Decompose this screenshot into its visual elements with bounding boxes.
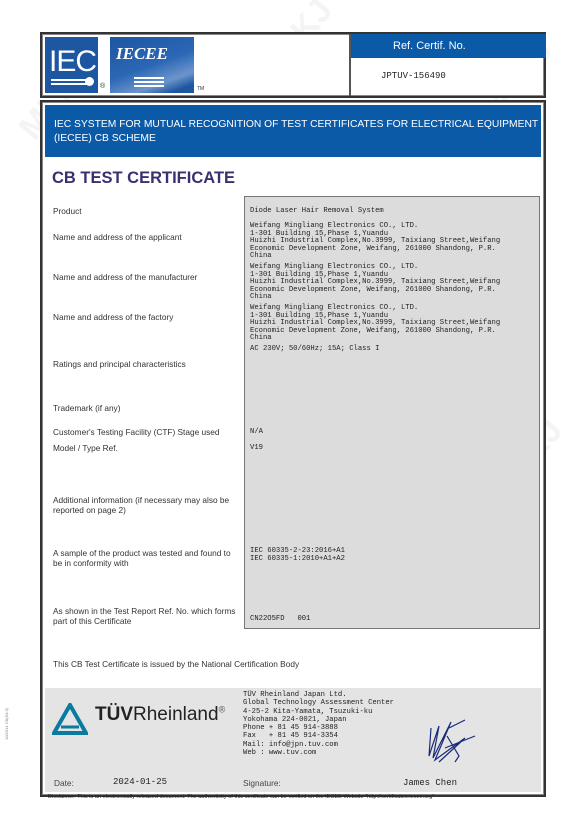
tuv-brand-bold: TÜV — [95, 704, 133, 725]
tuv-rheinland-logo: TÜVRheinland® — [95, 704, 225, 726]
value-product: Diode Laser Hair Removal System — [250, 208, 384, 216]
value-test-report: CN22O5FD 001 — [250, 616, 310, 624]
value-factory: Weifang Mingliang Electronics CO., LTD. … — [250, 305, 500, 343]
iec-logo-text: IEC — [49, 45, 96, 79]
iecee-logo: IECEE — [110, 37, 194, 93]
label-ratings: Ratings and principal characteristics — [53, 359, 186, 369]
iec-logo: IEC — [45, 37, 98, 93]
label-ctf-stage: Customer's Testing Facility (CTF) Stage … — [53, 427, 220, 437]
label-product: Product — [53, 206, 82, 216]
certification-body-address: TÜV Rheinland Japan Ltd. Global Technolo… — [243, 691, 394, 757]
registered-mark: ® — [100, 83, 105, 90]
certificate-header: IEC ® IECEE TM Ref. Certif. No. JPTUV-15… — [40, 32, 546, 98]
scheme-banner: IEC SYSTEM FOR MUTUAL RECOGNITION OF TES… — [45, 105, 541, 157]
label-manufacturer: Name and address of the manufacturer — [53, 272, 197, 282]
label-model: Model / Type Ref. — [53, 443, 118, 453]
trademark-mark: TM — [197, 86, 204, 92]
ref-certificate-box: Ref. Certif. No. JPTUV-156490 — [349, 34, 546, 96]
issued-by-statement: This CB Test Certificate is issued by th… — [53, 659, 299, 669]
label-test-report: As shown in the Test Report Ref. No. whi… — [53, 606, 243, 626]
form-code: 10/2014 CB(Ed.3) — [4, 708, 9, 740]
label-applicant: Name and address of the applicant — [53, 232, 182, 242]
disclaimer: Disclaimer: This is an electronically re… — [48, 794, 434, 800]
value-model: V19 — [250, 445, 263, 453]
value-ctf-stage: N/A — [250, 429, 263, 437]
certification-body-footer: TÜVRheinland® TÜV Rheinland Japan Ltd. G… — [45, 688, 541, 792]
ref-certificate-number: JPTUV-156490 — [351, 58, 546, 81]
value-applicant: Weifang Mingliang Electronics CO., LTD. … — [250, 223, 500, 261]
tuv-triangle-icon — [52, 703, 88, 735]
date-label: Date: — [54, 778, 74, 788]
value-ratings: AC 230V; 50/60Hz; 15A; Class I — [250, 346, 379, 354]
tuv-brand-rest: Rheinland — [133, 704, 219, 725]
iecee-logo-text: IECEE — [116, 44, 168, 64]
signatory-name: James Chen — [403, 778, 457, 788]
page-title: CB TEST CERTIFICATE — [52, 169, 235, 188]
value-manufacturer: Weifang Mingliang Electronics CO., LTD. … — [250, 264, 500, 302]
label-conformity: A sample of the product was tested and f… — [53, 548, 233, 568]
certificate-body: IEC SYSTEM FOR MUTUAL RECOGNITION OF TES… — [40, 100, 546, 797]
label-factory: Name and address of the factory — [53, 312, 173, 322]
value-conformity: IEC 60335-2-23:2016+A1 IEC 60335-1:2010+… — [250, 548, 345, 563]
signature-label: Signature: — [243, 778, 281, 788]
tuv-registered-mark: ® — [219, 705, 226, 715]
date-value: 2024-01-25 — [113, 777, 167, 787]
label-additional-info: Additional information (if necessary may… — [53, 495, 233, 515]
label-trademark: Trademark (if any) — [53, 403, 120, 413]
ref-certificate-label: Ref. Certif. No. — [351, 34, 546, 58]
signature-image — [425, 718, 479, 764]
